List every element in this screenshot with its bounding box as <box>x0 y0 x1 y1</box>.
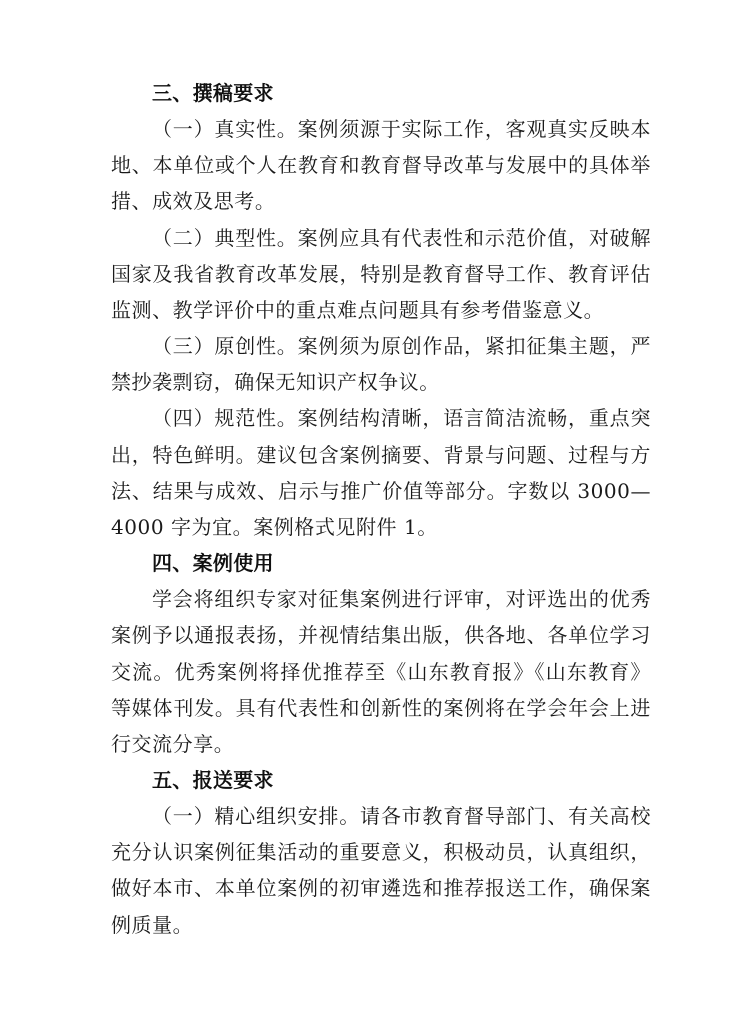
section-heading-case-usage: 四、案例使用 <box>111 545 651 581</box>
paragraph-authenticity: （一）真实性。案例须源于实际工作，客观真实反映本地、本单位或个人在教育和教育督导… <box>111 111 651 219</box>
paragraph-organization: （一）精心组织安排。请各市教育督导部门、有关高校充分认识案例征集活动的重要意义，… <box>111 798 651 943</box>
section-heading-submission-requirements: 五、报送要求 <box>111 762 651 798</box>
paragraph-originality: （三）原创性。案例须为原创作品，紧扣征集主题，严禁抄袭剽窃，确保无知识产权争议。 <box>111 328 651 400</box>
document-page: 三、撰稿要求 （一）真实性。案例须源于实际工作，客观真实反映本地、本单位或个人在… <box>111 75 651 943</box>
paragraph-standardization: （四）规范性。案例结构清晰，语言简洁流畅，重点突出，特色鲜明。建议包含案例摘要、… <box>111 400 651 545</box>
paragraph-case-usage: 学会将组织专家对征集案例进行评审，对评选出的优秀案例予以通报表扬，并视情结集出版… <box>111 581 651 762</box>
paragraph-typicality: （二）典型性。案例应具有代表性和示范价值，对破解国家及我省教育改革发展，特别是教… <box>111 220 651 328</box>
section-heading-writing-requirements: 三、撰稿要求 <box>111 75 651 111</box>
